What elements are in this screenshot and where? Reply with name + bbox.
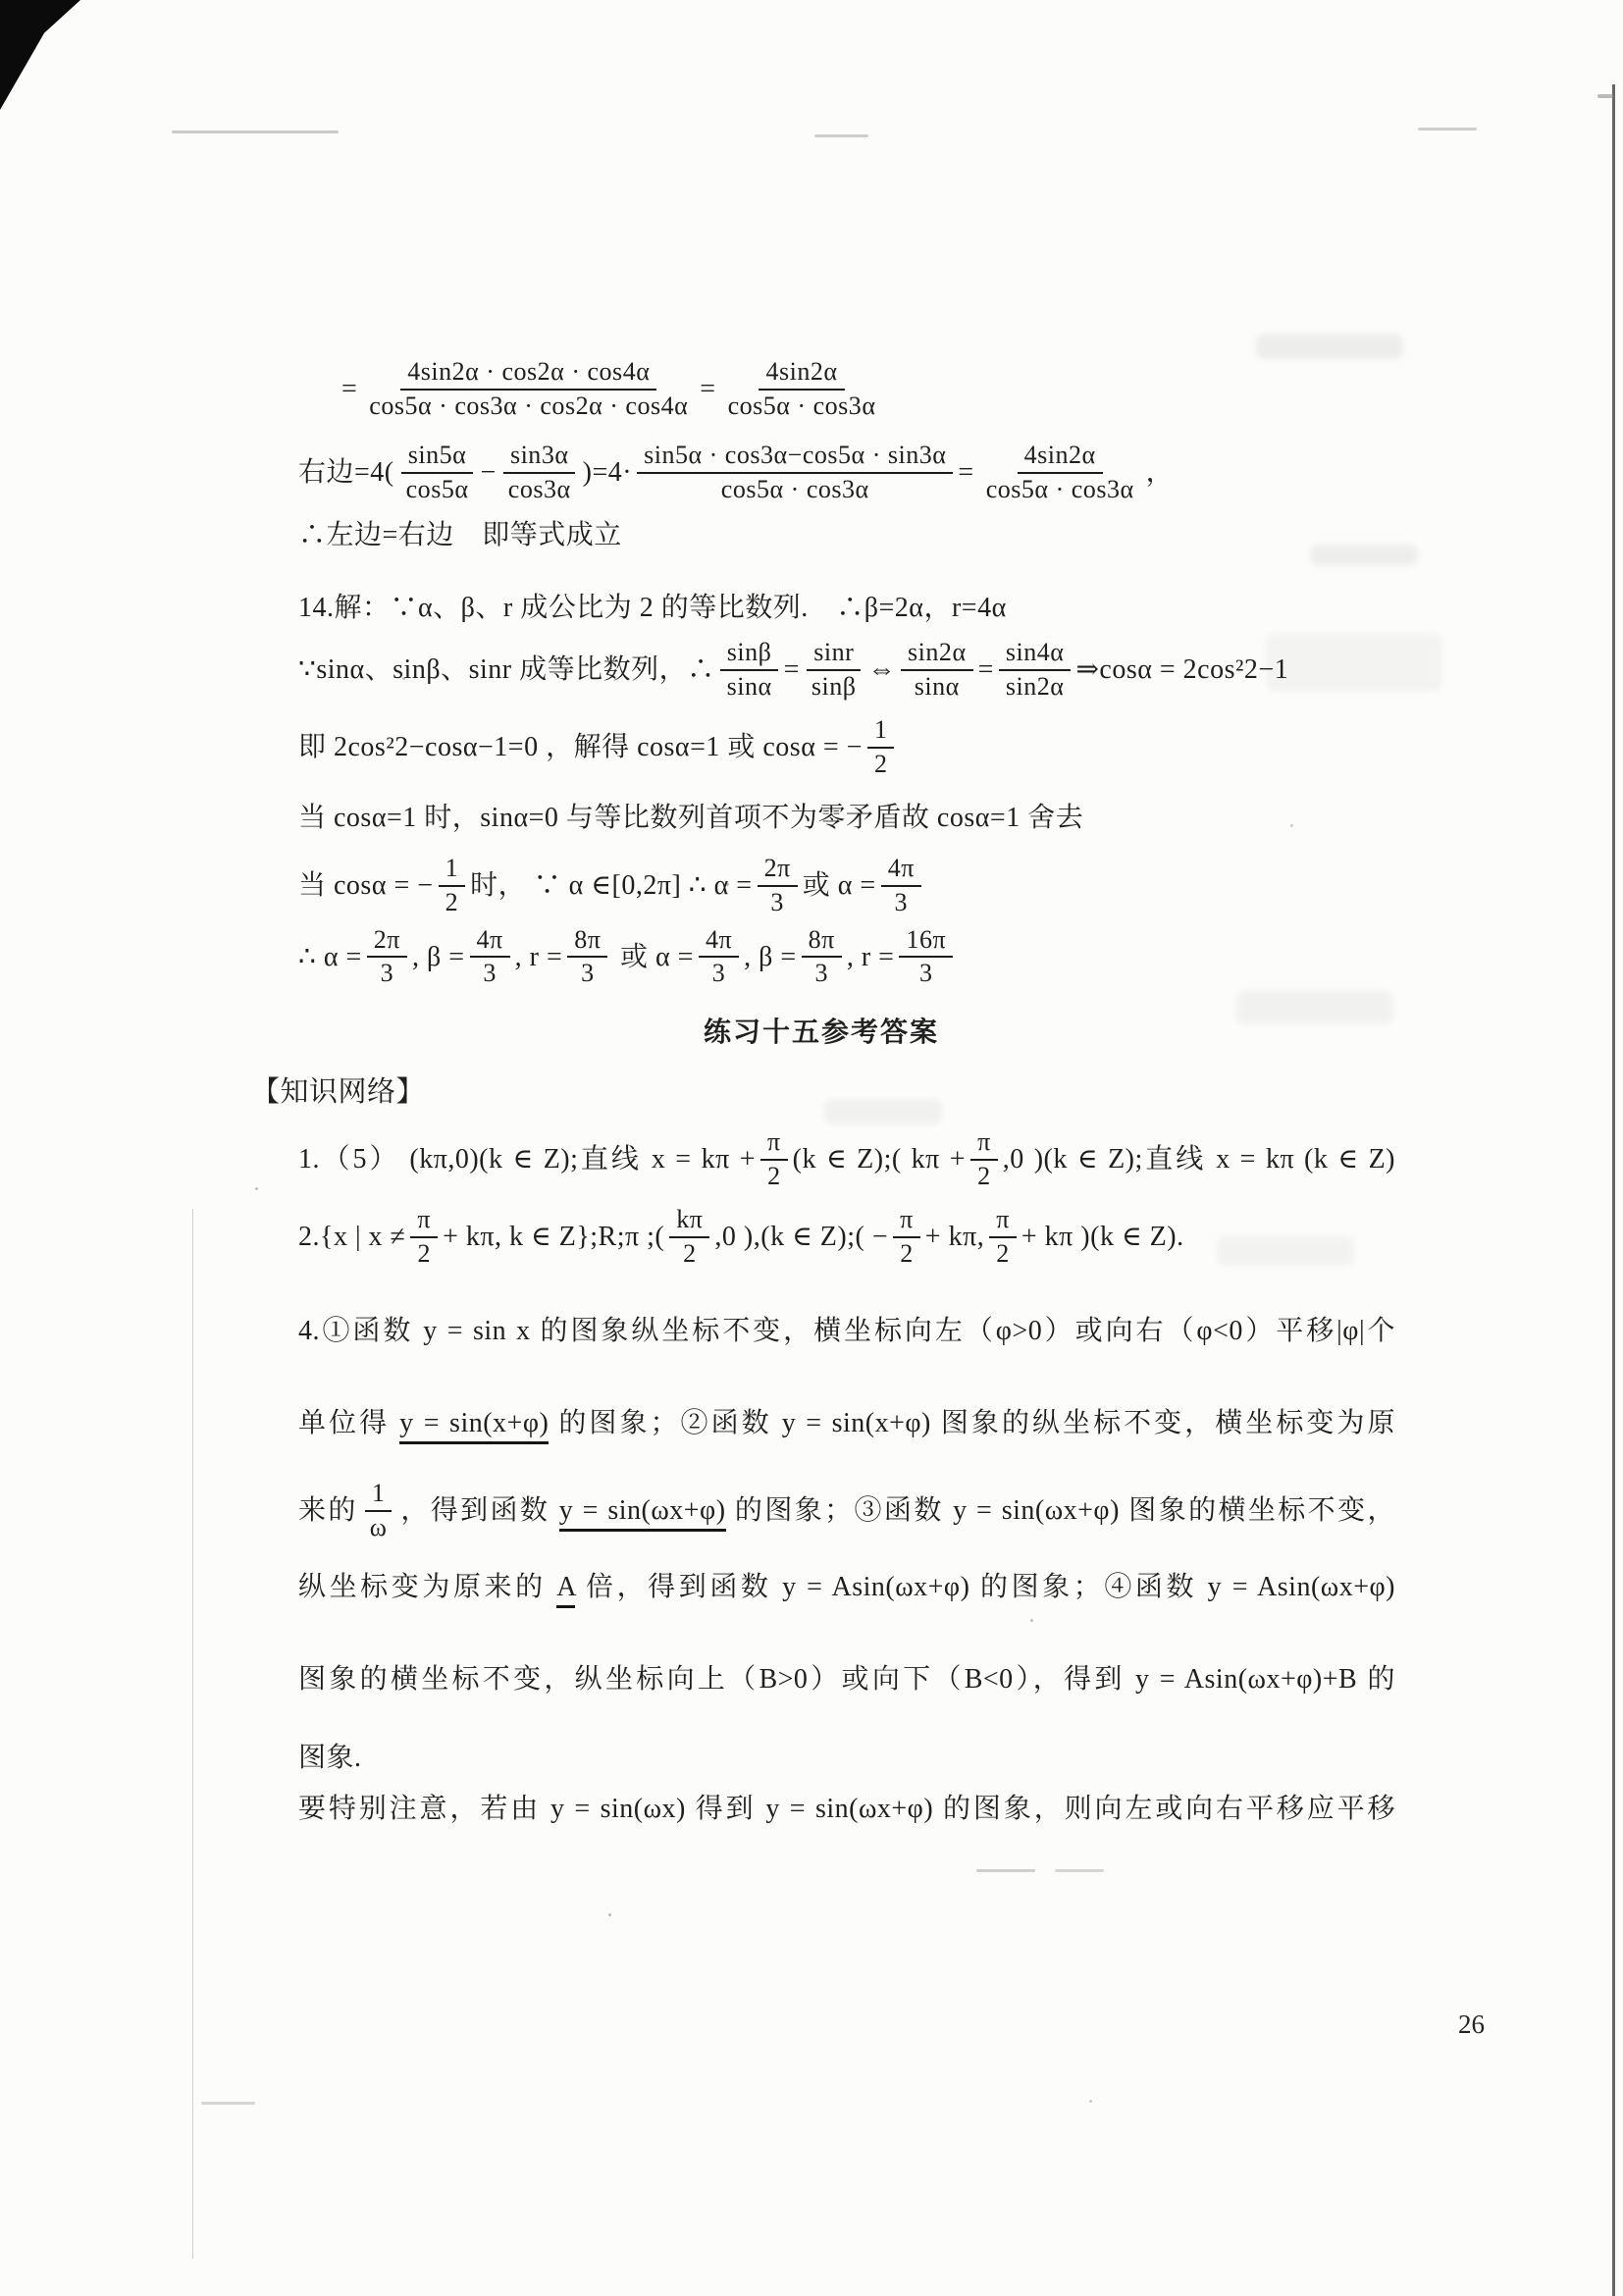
fraction-numerator: sin5α · cos3α−cos5α · sin3α (637, 441, 953, 474)
text-run: 1.（5） (kπ,0)(k ∈ Z);直线 x = kπ + (298, 1144, 756, 1174)
text-run: 的图象；②函数 y = sin(x+φ) 图象的纵坐标不变，横坐标变为原 (549, 1408, 1395, 1438)
text-run: + kπ, (925, 1222, 984, 1252)
text-run: 要特别注意，若由 y = sin(ωx) 得到 y = sin(ωx+φ) 的图… (298, 1794, 1395, 1824)
quadratic-equation-line: 即 2cos²2−cosα−1=0 ，解得 cosα=1 或 cosα = −1… (247, 717, 1395, 781)
geometric-sequence-derivation: ∵sinα、sinβ、sinr 成等比数列，∴sinβsinα=sinrsinβ… (247, 640, 1395, 704)
text-run: 纵坐标变为原来的 (298, 1572, 556, 1602)
fraction-denominator: cos3α (501, 474, 578, 504)
fraction-denominator: cos5α · cos3α (714, 474, 876, 504)
fraction: 4sin2α · cos2α · cos4αcos5α · cos3α · co… (362, 357, 695, 421)
fraction-numerator: 2π (758, 854, 798, 887)
scan-artifact-smudge (1256, 334, 1403, 359)
text-run: 4.①函数 y = sin x 的图象纵坐标不变，横坐标向左（φ>0）或向右（φ… (298, 1316, 1395, 1346)
fraction-numerator: 1 (365, 1479, 393, 1512)
fraction: 12 (867, 715, 895, 779)
text-run: , r = (515, 941, 563, 971)
fraction-denominator: 3 (913, 958, 940, 988)
eq-right-side: 右边=4(sin5αcos5α−sin3αcos3α)=4·sin5α · co… (247, 443, 1395, 506)
fraction-denominator: ω (363, 1512, 394, 1542)
fraction-numerator: 2π (367, 925, 407, 959)
fraction-numerator: 1 (867, 715, 895, 749)
text-run: 倍，得到函数 y = Asin(ωx+φ) 的图象；④函数 y = Asin(ω… (575, 1572, 1395, 1602)
fraction-denominator: cos5α · cos3α (979, 474, 1141, 504)
fraction-denominator: 3 (706, 958, 733, 988)
fraction: 4π3 (881, 854, 921, 917)
text-run: = (978, 654, 994, 685)
fraction-denominator: 2 (676, 1238, 704, 1269)
fraction: sinβsinα (720, 638, 779, 702)
scan-artifact-dash (814, 134, 868, 137)
text-run: ,0 )(k ∈ Z);直线 x = kπ (k ∈ Z) (1003, 1144, 1395, 1174)
text-run: = (700, 374, 715, 404)
text-run: 的图象；③函数 y = sin(ωx+φ) 图象的横坐标不变， (726, 1495, 1395, 1526)
fraction-denominator: 3 (374, 958, 401, 988)
fraction-denominator: 2 (760, 1161, 788, 1191)
fraction: kπ2 (669, 1205, 709, 1269)
fraction-denominator: 2 (439, 887, 466, 917)
scan-artifact-dash (976, 1869, 1035, 1872)
text-run: 2.{x | x ≠ (298, 1222, 405, 1252)
text-run: (k ∈ Z);( kπ + (793, 1144, 966, 1174)
scan-artifact-dash (172, 130, 339, 133)
fraction-numerator: sinβ (720, 638, 779, 671)
fraction-denominator: 2 (410, 1238, 438, 1269)
fraction-denominator: sinβ (805, 671, 864, 702)
text-run: 当 cosα = − (298, 870, 434, 901)
text-run: 当 cosα=1 时，sinα=0 与等比数列首项不为零矛盾故 cosα=1 舍… (298, 803, 1083, 833)
text-run: ,0 ),(k ∈ Z);( − (714, 1222, 888, 1252)
item-4-line-5: 图象的横坐标不变，纵坐标向上（B>0）或向下（B<0），得到 y = Asin(… (247, 1658, 1395, 1701)
fraction-numerator: 16π (899, 925, 953, 959)
text-run: 右边=4( (298, 457, 394, 488)
scan-artifact-dash (1418, 128, 1477, 130)
fraction: sin5α · cos3α−cos5α · sin3αcos5α · cos3α (637, 441, 953, 504)
item-4-line-6: 图象. (247, 1737, 1395, 1780)
fraction: π2 (410, 1205, 438, 1269)
eq-left-side-continued: =4sin2α · cos2α · cos4αcos5α · cos3α · c… (247, 359, 1395, 423)
text-run: 或 α = (612, 941, 693, 971)
fraction-numerator: π (970, 1127, 998, 1161)
text-run: ∴ α = (298, 941, 362, 971)
scanned-document-page: =4sin2α · cos2α · cos4αcos5α · cos3α · c… (0, 0, 1623, 2296)
scan-artifact-right-edge-line (1612, 84, 1615, 2296)
fraction-denominator: 2 (970, 1161, 998, 1191)
knowledge-network-label: 【知识网络】 (247, 1070, 1395, 1114)
text-run: − (480, 457, 496, 488)
text-run: 【知识网络】 (251, 1076, 425, 1108)
fraction-denominator: 3 (808, 958, 835, 988)
fraction: 1ω (363, 1479, 394, 1542)
scan-artifact-dash (1055, 1869, 1104, 1872)
final-answer-line: ∴ α =2π3, β =4π3, r =8π3 或 α =4π3, β =8π… (247, 927, 1395, 991)
underlined-text-run: y = sin(x+φ) (399, 1408, 549, 1444)
text-run: ∴左边=右边 即等式成立 (298, 520, 622, 550)
fraction-denominator: sin2α (999, 671, 1072, 702)
scan-artifact-dash (201, 2102, 255, 2105)
fraction-denominator: 3 (763, 887, 791, 917)
text-run: = (784, 654, 800, 685)
text-run: , β = (412, 941, 465, 971)
answers-heading: 练习十五参考答案 (247, 1012, 1395, 1055)
fraction-denominator: sinα (720, 671, 779, 702)
text-run: 练习十五参考答案 (704, 1018, 939, 1048)
item-1: 1.（5） (kπ,0)(k ∈ Z);直线 x = kπ +π2(k ∈ Z)… (247, 1129, 1395, 1193)
text-run: ，得到函数 (398, 1495, 558, 1526)
text-run: 图象的横坐标不变，纵坐标向上（B>0）或向下（B<0），得到 y = Asin(… (298, 1664, 1395, 1695)
fraction-numerator: 4π (699, 925, 739, 959)
fraction-numerator: sin5α (401, 441, 474, 474)
item-4-line-3: 来的1ω，得到函数 y = sin(ωx+φ) 的图象；③函数 y = sin(… (247, 1481, 1395, 1544)
fraction: sin4αsin2α (999, 638, 1072, 702)
text-run: = (341, 374, 357, 404)
fraction-denominator: 2 (867, 749, 895, 779)
fraction: π2 (989, 1205, 1017, 1269)
scan-artifact-dash (1597, 94, 1613, 98)
fraction: 4π3 (699, 925, 739, 989)
page-number: 26 (1458, 2009, 1485, 2040)
fraction-numerator: π (989, 1205, 1017, 1238)
fraction: 16π3 (899, 925, 953, 989)
text-run: , r = (847, 941, 895, 971)
fraction-numerator: 4sin2α · cos2α · cos4α (400, 357, 656, 391)
text-run: , β = (744, 941, 797, 971)
fraction: 8π3 (802, 925, 842, 989)
fraction-numerator: 4π (881, 854, 921, 887)
fraction-numerator: 4sin2α (759, 357, 844, 391)
fraction-numerator: 4sin2α (1018, 441, 1103, 474)
fraction: 4sin2αcos5α · cos3α (979, 441, 1141, 504)
fraction-numerator: sin4α (999, 638, 1072, 671)
text-run: + kπ, k ∈ Z};R;π ;( (443, 1222, 664, 1252)
item-2: 2.{x | x ≠π2+ kπ, k ∈ Z};R;π ;(kπ2,0 ),(… (247, 1207, 1395, 1271)
text-run: )=4· (583, 457, 632, 488)
scan-artifact-corner-blob (0, 0, 80, 110)
fraction-denominator: 3 (888, 887, 916, 917)
fraction: 4π3 (470, 925, 510, 989)
fraction-numerator: kπ (669, 1205, 709, 1238)
fraction-denominator: cos5α · cos3α (721, 391, 883, 421)
text-run: 来的 (298, 1495, 358, 1526)
text-run: 图象. (298, 1743, 362, 1773)
fraction-denominator: cos5α · cos3α · cos2α · cos4α (362, 391, 695, 421)
item-4-line-1: 4.①函数 y = sin x 的图象纵坐标不变，横坐标向左（φ>0）或向右（φ… (247, 1310, 1395, 1353)
item-4-note-line: 要特别注意，若由 y = sin(ωx) 得到 y = sin(ωx+φ) 的图… (247, 1788, 1395, 1831)
fraction: π2 (970, 1127, 998, 1191)
fraction-denominator: 2 (989, 1238, 1017, 1269)
fraction-numerator: π (410, 1205, 438, 1238)
fraction: 2π3 (758, 854, 798, 917)
problem-14-solution-start: 14.解：∵α、β、r 成公比为 2 的等比数列. ∴β=2α，r=4α (247, 587, 1395, 630)
text-run: ， (1146, 457, 1175, 488)
item-4-line-4: 纵坐标变为原来的 A 倍，得到函数 y = Asin(ωx+φ) 的图象；④函数… (247, 1566, 1395, 1609)
text-run: 单位得 (298, 1408, 399, 1438)
fraction-numerator: 8π (802, 925, 842, 959)
fraction-numerator: sin2α (901, 638, 973, 671)
text-run: + kπ )(k ∈ Z). (1021, 1222, 1184, 1252)
text-run: = (958, 457, 973, 488)
fraction-denominator: cos5α (399, 474, 476, 504)
fraction: π2 (760, 1127, 788, 1191)
text-run: ⇔ (868, 654, 897, 685)
item-4-line-2: 单位得 y = sin(x+φ) 的图象；②函数 y = sin(x+φ) 图象… (247, 1402, 1395, 1445)
fraction-denominator: 3 (476, 958, 503, 988)
fraction: sinrsinβ (805, 638, 864, 702)
fraction-numerator: π (760, 1127, 788, 1161)
conclusion-identity: ∴左边=右边 即等式成立 (247, 514, 1395, 557)
text-run: 或 α = (803, 870, 876, 901)
fraction-numerator: 4π (470, 925, 510, 959)
underlined-text-run: y = sin(ωx+φ) (559, 1495, 726, 1532)
text-run: ⇒cosα = 2cos²2−1 (1075, 654, 1288, 685)
fraction-denominator: 3 (574, 958, 602, 988)
fraction: 8π3 (567, 925, 607, 989)
fraction-numerator: π (893, 1205, 920, 1238)
fraction: 12 (439, 854, 466, 917)
fraction-denominator: 2 (893, 1238, 920, 1269)
fraction-numerator: 8π (567, 925, 607, 959)
case-cos-equals-neg-half: 当 cosα = −12时， ∵ α ∈[0,2π] ∴ α =2π3或 α =… (247, 856, 1395, 919)
fraction: π2 (893, 1205, 920, 1269)
text-run: ∵sinα、sinβ、sinr 成等比数列，∴ (298, 654, 715, 685)
fraction: sin2αsinα (901, 638, 973, 702)
fraction: sin3αcos3α (501, 441, 578, 504)
case-cos-equals-1: 当 cosα=1 时，sinα=0 与等比数列首项不为零矛盾故 cosα=1 舍… (247, 797, 1395, 840)
fraction-numerator: sinr (807, 638, 861, 671)
fraction-denominator: sinα (908, 671, 967, 702)
text-run: 即 2cos²2−cosα−1=0 ，解得 cosα=1 或 cosα = − (298, 732, 863, 762)
fraction-numerator: sin3α (503, 441, 576, 474)
fraction: 4sin2αcos5α · cos3α (721, 357, 883, 421)
fraction: sin5αcos5α (399, 441, 476, 504)
fraction: 2π3 (367, 925, 407, 989)
fraction-numerator: 1 (439, 854, 466, 887)
text-run: 14.解：∵α、β、r 成公比为 2 的等比数列. ∴β=2α，r=4α (298, 593, 1007, 623)
text-run: 时， ∵ α ∈[0,2π] ∴ α = (470, 870, 752, 901)
content: =4sin2α · cos2α · cos4αcos5α · cos3α · c… (247, 359, 1395, 1831)
scan-artifact-left-hairline (192, 1209, 193, 2259)
underlined-text-run: A (556, 1572, 575, 1608)
